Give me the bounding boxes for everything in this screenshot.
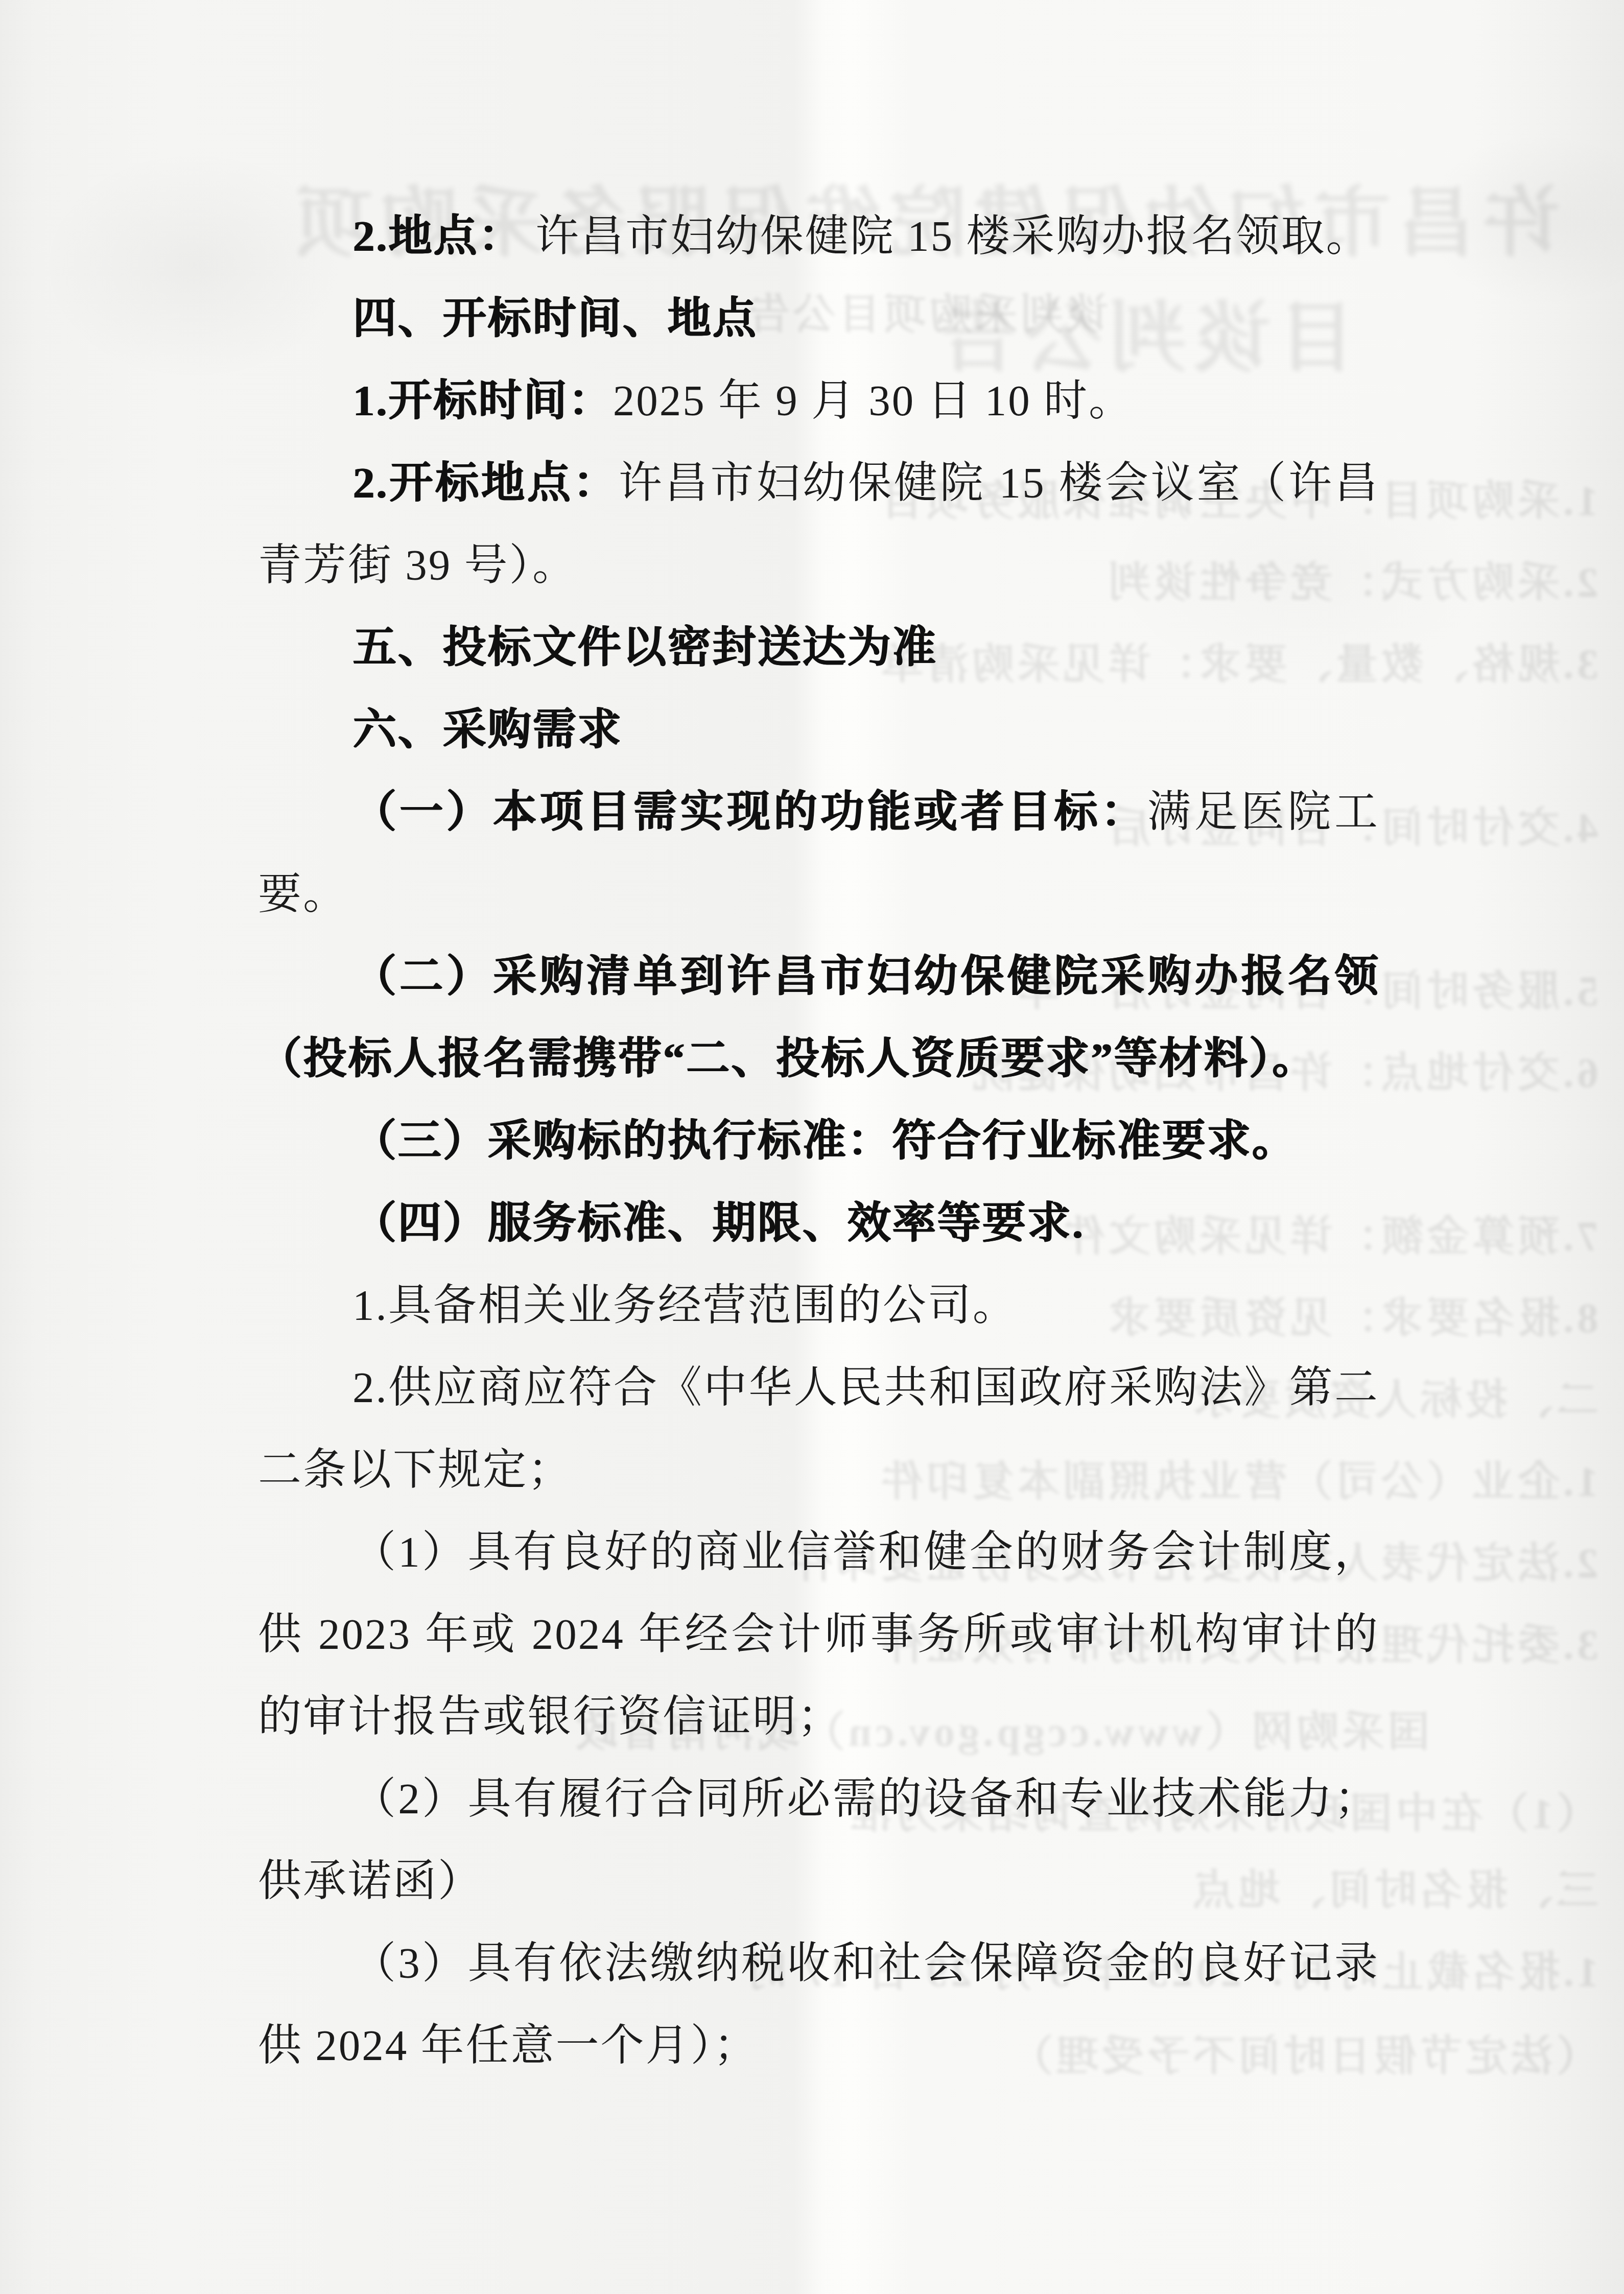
scanned-document-page: 许昌市妇幼保健院维保服务采购项目谈判公告谈判采购项目公告1.采购项目：中央空调维… — [0, 0, 1624, 2294]
text-segment: （3）具有依法缴纳税收和社会保障资金的良好记录（提 — [258, 1940, 1379, 2005]
text-line: 1.具备相关业务经营范围的公司。 — [258, 1265, 1379, 1347]
text-line: 五、投标文件以密封送达为准 — [258, 607, 1379, 689]
text-segment: 的审计报告或银行资信证明； — [258, 1693, 842, 1741]
text-segment: 四、开标时间、地点 — [352, 295, 757, 343]
text-line: 四、开标时间、地点 — [258, 278, 1379, 360]
text-segment: 要。 — [258, 870, 348, 918]
text-line: 青芳街 39 号）。 — [258, 525, 1379, 607]
text-segment: 六、采购需求 — [352, 706, 622, 754]
text-line: 二条以下规定； — [258, 1429, 1379, 1511]
text-line: 1.开标时间：2025 年 9 月 30 日 10 时。 — [258, 360, 1379, 442]
text-segment: 二条以下规定； — [258, 1446, 573, 1494]
text-segment: 2.开标地点： — [352, 459, 619, 507]
text-segment: 供承诺函） — [258, 1857, 483, 1905]
text-segment: （投标人报名需携带“二、投标人资质要求”等材料）。 — [258, 1035, 1317, 1083]
text-line: 的审计报告或银行资信证明； — [258, 1676, 1379, 1758]
text-segment: （三）采购标的执行标准：符合行业标准要求。 — [352, 1117, 1297, 1165]
text-segment: （2）具有履行合同所必需的设备和专业技术能力；（提 — [258, 1775, 1379, 1840]
text-segment: 供 2023 年或 2024 年经会计师事务所或审计机构审计的完整 — [258, 1611, 1379, 1676]
text-line: 供 2023 年或 2024 年经会计师事务所或审计机构审计的完整 — [258, 1594, 1379, 1676]
document-body: 2.地点： 许昌市妇幼保健院 15 楼采购办报名领取。四、开标时间、地点1.开标… — [258, 196, 1379, 2087]
text-segment: 青芳街 39 号）。 — [258, 541, 577, 589]
text-segment: 1.开标时间： — [352, 377, 613, 425]
text-line: （一）本项目需实现的功能或者目标：满足医院工作需 — [258, 771, 1379, 854]
text-line: 2.开标地点：许昌市妇幼保健院 15 楼会议室（许昌市 — [258, 442, 1379, 525]
text-segment: 五、投标文件以密封送达为准 — [352, 624, 937, 672]
text-segment: 1.具备相关业务经营范围的公司。 — [352, 1282, 1018, 1330]
text-line: 供承诺函） — [258, 1840, 1379, 1923]
text-segment: （1）具有良好的商业信誉和健全的财务会计制度，提 — [258, 1528, 1379, 1594]
text-segment: 许昌市妇幼保健院 15 楼采购办报名领取。 — [523, 212, 1371, 261]
text-line: 要。 — [258, 854, 1379, 936]
text-line: 六、采购需求 — [258, 689, 1379, 771]
text-line: （四）服务标准、期限、效率等要求. — [258, 1183, 1379, 1265]
text-segment: 供 2024 年任意一个月）； — [258, 2022, 759, 2070]
text-segment: （二）采购清单到许昌市妇幼保健院采购办报名领取 — [258, 953, 1379, 1018]
text-line: （三）采购标的执行标准：符合行业标准要求。 — [258, 1100, 1379, 1183]
text-line: （2）具有履行合同所必需的设备和专业技术能力；（提 — [258, 1758, 1379, 1840]
text-line: （二）采购清单到许昌市妇幼保健院采购办报名领取 — [258, 936, 1379, 1018]
text-line: 2.地点： 许昌市妇幼保健院 15 楼采购办报名领取。 — [258, 196, 1379, 278]
text-line: （3）具有依法缴纳税收和社会保障资金的良好记录（提 — [258, 1923, 1379, 2005]
text-segment: 2025 年 9 月 30 日 10 时。 — [613, 377, 1134, 425]
text-segment: （一）本项目需实现的功能或者目标： — [352, 788, 1147, 836]
text-line: （投标人报名需携带“二、投标人资质要求”等材料）。 — [258, 1018, 1379, 1100]
text-segment: 2.供应商应符合《中华人民共和国政府采购法》第二十 — [258, 1364, 1379, 1429]
text-segment: （四）服务标准、期限、效率等要求. — [352, 1199, 1084, 1247]
text-line: 供 2024 年任意一个月）； — [258, 2005, 1379, 2087]
text-line: 2.供应商应符合《中华人民共和国政府采购法》第二十 — [258, 1347, 1379, 1429]
text-segment: 2.地点： — [352, 212, 523, 261]
text-line: （1）具有良好的商业信誉和健全的财务会计制度，提 — [258, 1511, 1379, 1594]
